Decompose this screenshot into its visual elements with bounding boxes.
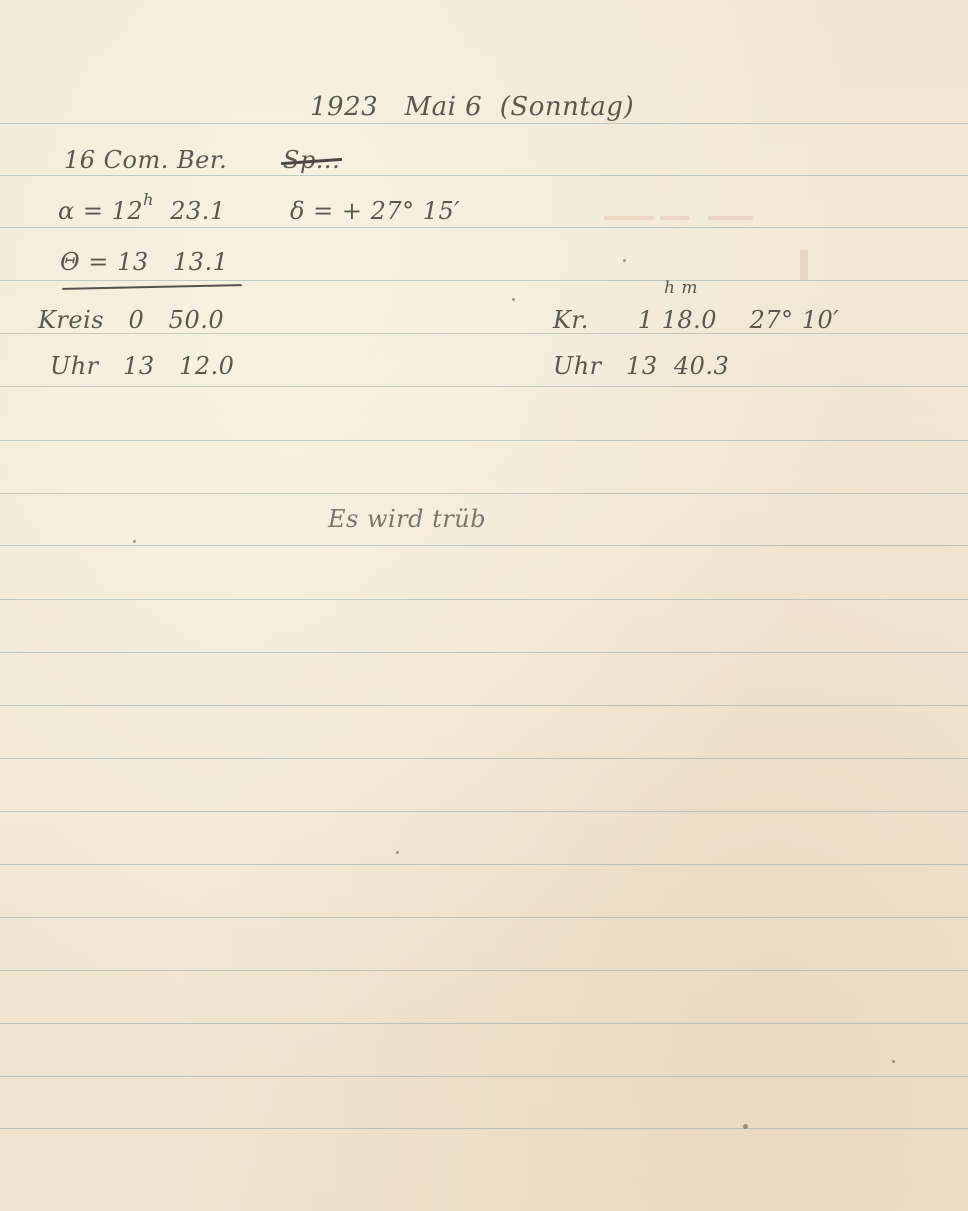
right-uhr-label: Uhr (553, 352, 602, 380)
bleed-through-mark (708, 216, 753, 220)
delta-value: + 27° 15′ (342, 197, 460, 225)
sidereal-time-row: Θ = 13 13.1 (60, 248, 228, 276)
ruled-line (0, 493, 968, 494)
paper-speck (892, 1060, 895, 1063)
uhr-row: Uhr 13 12.0 (50, 352, 234, 380)
ruled-line (0, 864, 968, 865)
header-day: (Sonntag) (500, 92, 634, 122)
bleed-through-mark (800, 250, 808, 280)
kr-hours: 1 (638, 306, 654, 334)
right-uhr-hours: 13 (626, 352, 658, 380)
ruled-line (0, 1128, 968, 1129)
ruled-line (0, 1023, 968, 1024)
uhr-label: Uhr (50, 352, 99, 380)
bleed-through-mark (660, 216, 690, 220)
sidereal-time-underline (62, 284, 242, 290)
kreis-row: Kreis 0 50.0 (38, 306, 224, 334)
ruled-line (0, 175, 968, 176)
ruled-line (0, 758, 968, 759)
alpha-hours: 12 (112, 197, 144, 225)
paper-speck (512, 298, 515, 301)
ruled-line (0, 652, 968, 653)
object-name: 16 Com. Ber. (64, 146, 227, 174)
paper-speck (133, 540, 136, 543)
header-date: Mai 6 (404, 92, 482, 122)
ruled-line (0, 917, 968, 918)
ruled-line (0, 545, 968, 546)
kr-row: Kr. 1 18.0 27° 10′ (553, 306, 839, 334)
ruled-line (0, 599, 968, 600)
ruled-line (0, 970, 968, 971)
uhr-minutes: 12.0 (179, 352, 234, 380)
ruled-line (0, 123, 968, 124)
delta-label: δ = (290, 197, 334, 225)
theta-minutes: 13.1 (173, 248, 228, 276)
kreis-minutes: 50.0 (169, 306, 224, 334)
ruled-line (0, 280, 968, 281)
right-ascension-row: α = 12h 23.1 (58, 197, 226, 225)
right-uhr-minutes: 40.3 (674, 352, 729, 380)
units-annotation: h m (664, 278, 698, 298)
ruled-line (0, 1076, 968, 1077)
alpha-label: α = (58, 197, 103, 225)
kr-minutes: 18.0 (662, 306, 717, 334)
paper-speck (743, 1124, 748, 1129)
crossed-out-text: Sp... (283, 146, 340, 174)
theta-label: Θ = (60, 248, 109, 276)
crossed-out-word: Sp... (283, 146, 340, 174)
ruled-line (0, 227, 968, 228)
header-year: 1923 (310, 92, 378, 122)
right-uhr-row: Uhr 13 40.3 (553, 352, 729, 380)
kreis-label: Kreis (38, 306, 104, 334)
notebook-page: 1923 Mai 6 (Sonntag) 16 Com. Ber. Sp... … (0, 0, 968, 1211)
kr-label: Kr. (553, 306, 589, 334)
declination-row: δ = + 27° 15′ (290, 197, 460, 225)
kr-declination: 27° 10′ (750, 306, 840, 334)
ruled-line (0, 811, 968, 812)
header-date-line: 1923 Mai 6 (Sonntag) (310, 92, 634, 122)
ruled-line (0, 386, 968, 387)
alpha-minutes: 23.1 (170, 197, 225, 225)
ruled-line (0, 705, 968, 706)
paper-speck (623, 259, 626, 262)
ruled-line (0, 440, 968, 441)
paper-speck (396, 851, 399, 854)
kreis-hours: 0 (129, 306, 145, 334)
weather-note: Es wird trüb (328, 505, 486, 533)
alpha-unit: h (143, 190, 154, 209)
theta-hours: 13 (117, 248, 149, 276)
uhr-hours: 13 (123, 352, 155, 380)
bleed-through-mark (604, 216, 654, 220)
